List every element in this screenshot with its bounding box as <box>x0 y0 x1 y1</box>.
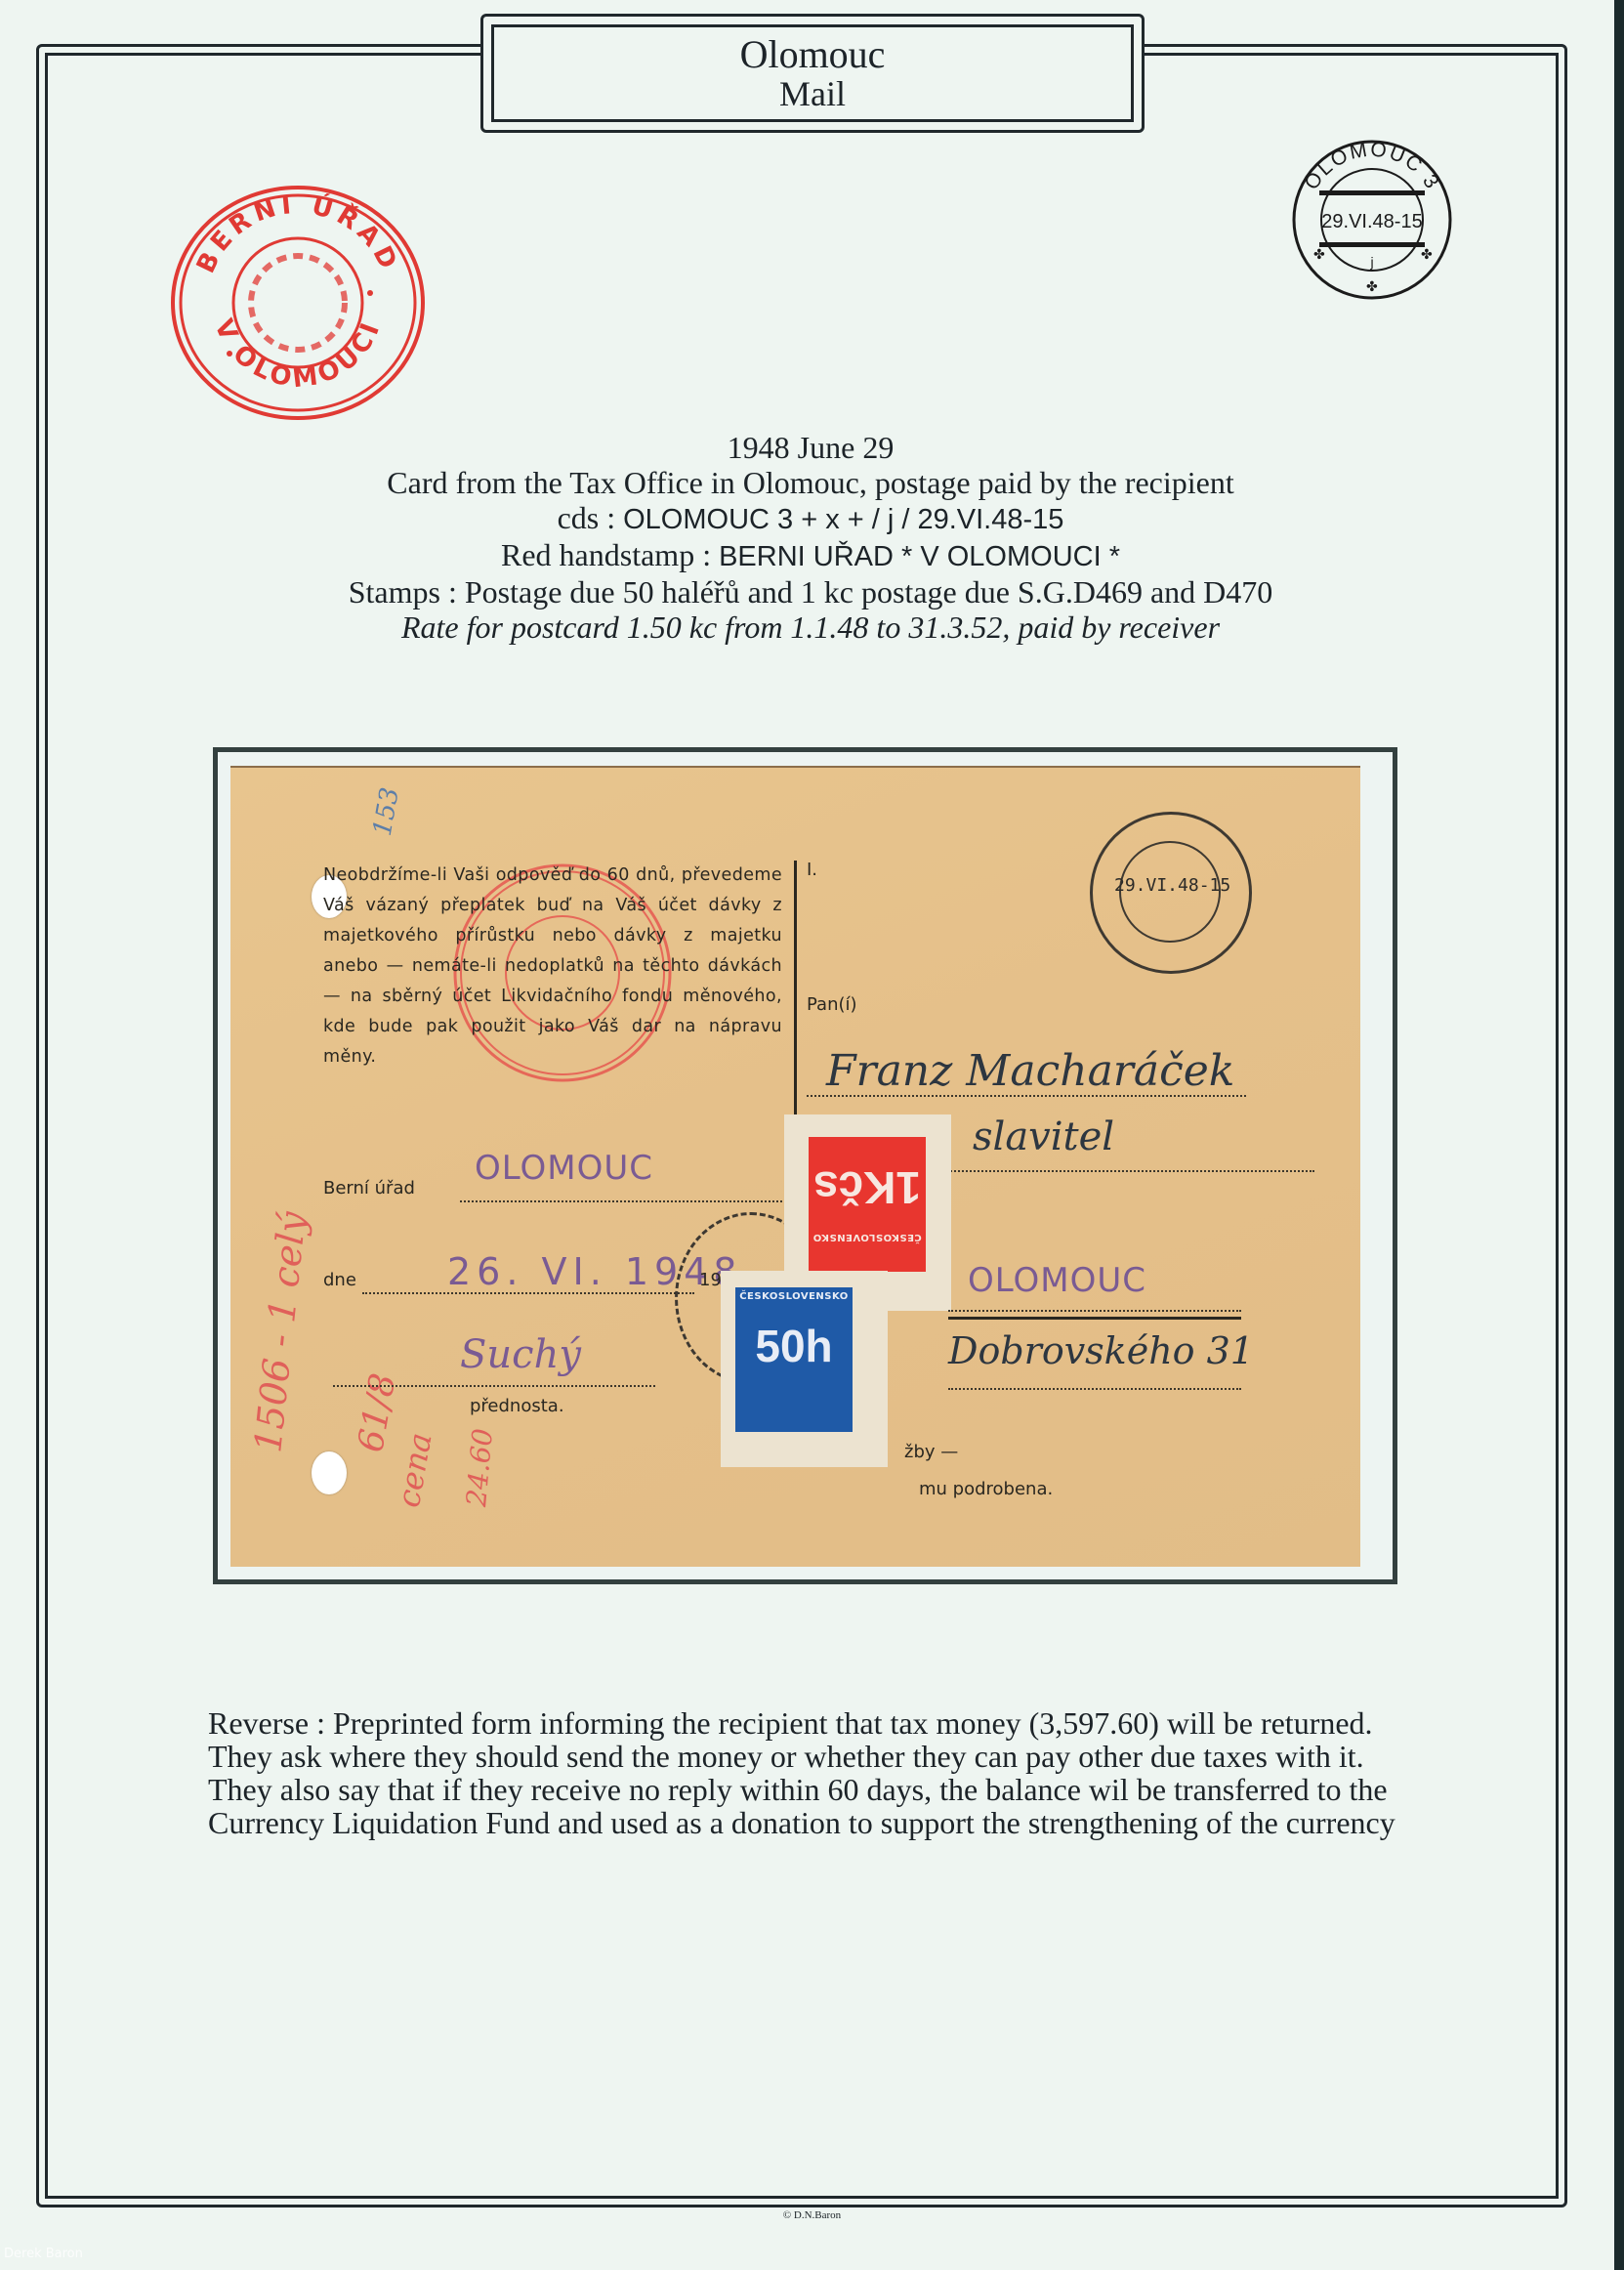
blue-pencil-note: 153 <box>368 785 405 838</box>
signature: Suchý <box>460 1332 581 1377</box>
red-pencil-note: cena <box>390 1430 439 1510</box>
form-fragment: mu podrobena. <box>919 1479 1053 1499</box>
svg-text:OLOMOUC 3: OLOMOUC 3 <box>1300 138 1443 193</box>
date-label: dne <box>323 1270 356 1290</box>
svg-text:j: j <box>1369 254 1373 270</box>
addressee-label: Pan(í) <box>807 994 857 1015</box>
cds-postmark-date: 29.VI.48-15 <box>1114 875 1230 896</box>
roman-one-label: I. <box>807 860 817 880</box>
address-line-solid <box>948 1317 1241 1320</box>
red-handstamp-icon: BERNI ÚŘAD V OLOMOUCI <box>161 176 435 430</box>
address-street: Dobrovského 31 <box>948 1329 1254 1372</box>
item-description: 1948 June 29 Card from the Tax Office in… <box>156 430 1465 645</box>
tax-office-label: Berní úřad <box>323 1178 415 1198</box>
addressee-title: slavitel <box>973 1114 1114 1159</box>
handstamp-line: Red handstamp : BERNI UŘAD * V OLOMOUCI … <box>156 537 1465 574</box>
page-title: Olomouc <box>740 34 886 75</box>
postage-due-stamp-50h: ČESKOSLOVENSKO 50h <box>721 1271 888 1467</box>
stamps-line: Stamps : Postage due 50 haléřů and 1 kc … <box>156 574 1465 610</box>
cds-line: cds : OLOMOUC 3 + x + / j / 29.VI.48-15 <box>156 500 1465 537</box>
address-line <box>948 1388 1241 1390</box>
punch-hole <box>312 1451 347 1494</box>
rate-line: Rate for postcard 1.50 kc from 1.1.48 to… <box>156 610 1465 645</box>
address-line <box>948 1310 1241 1312</box>
copyright: © D.N.Baron <box>0 2209 1624 2221</box>
postcard: 153 1506 - 1 celý 61/8 cena 24.60 Neobdr… <box>230 766 1360 1567</box>
svg-text:29.VI.48-15: 29.VI.48-15 <box>1321 211 1422 232</box>
date-line: 1948 June 29 <box>156 430 1465 465</box>
form-line <box>460 1200 782 1202</box>
address-city-stamp: OLOMOUC <box>968 1261 1146 1300</box>
cds-postmark-icon: OLOMOUC 3 29.VI.48-15 j ✤ ✤ ✤ <box>1284 137 1460 303</box>
red-pencil-note: 61/8 <box>351 1370 403 1455</box>
address-line <box>807 1095 1246 1097</box>
head-of-office-label: přednosta. <box>470 1396 564 1416</box>
page-subtitle: Mail <box>779 75 846 112</box>
description-line: Card from the Tax Office in Olomouc, pos… <box>156 465 1465 500</box>
svg-text:✤: ✤ <box>1313 248 1325 263</box>
svg-text:✤: ✤ <box>1366 280 1378 295</box>
card-mount: 153 1506 - 1 celý 61/8 cena 24.60 Neobdr… <box>213 747 1397 1584</box>
red-pencil-note: 24.60 <box>460 1427 499 1508</box>
title-box: Olomouc Mail <box>480 14 1145 133</box>
form-fragment: žby — <box>904 1442 958 1462</box>
form-line <box>333 1385 655 1387</box>
notice-text: Neobdržíme-li Vaši odpověď do 60 dnů, př… <box>323 861 782 1072</box>
svg-text:✤: ✤ <box>1421 248 1433 263</box>
scan-edge <box>1614 0 1624 2270</box>
svg-text:BERNI ÚŘAD: BERNI ÚŘAD <box>191 189 404 277</box>
form-line <box>362 1292 694 1294</box>
reverse-description: Reverse : Preprinted form informing the … <box>208 1706 1409 1839</box>
red-pencil-note: 1506 - 1 celý <box>246 1042 332 1454</box>
tax-office-stamp: OLOMOUC <box>475 1149 653 1188</box>
svg-text:V OLOMOUCI: V OLOMOUCI <box>208 315 387 395</box>
watermark: Derek Baron <box>4 2247 83 2261</box>
card-divider <box>794 861 797 1144</box>
addressee-name: Franz Macharáček <box>826 1046 1234 1096</box>
